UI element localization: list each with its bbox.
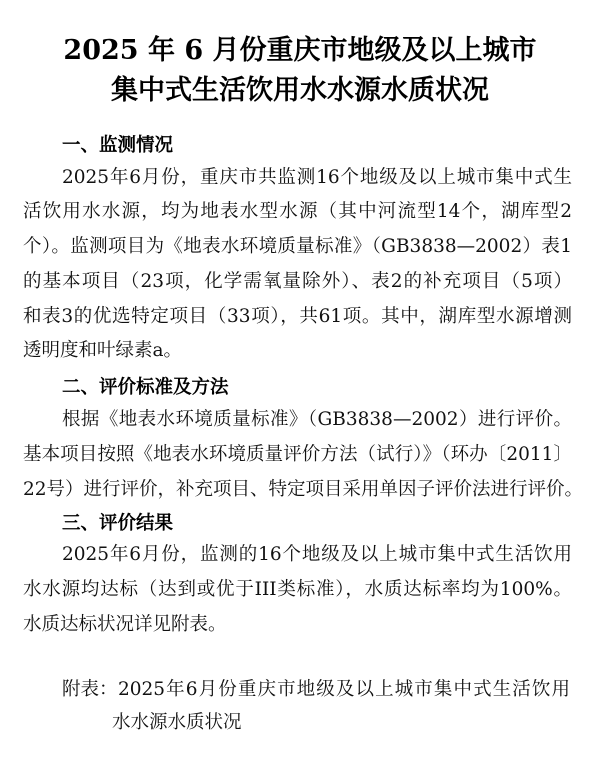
paragraph-line: 水水源均达标（达到或优于III类标准），水质达标率均为100%。 <box>23 577 572 603</box>
paragraph-line: 透明度和叶绿素a。 <box>23 338 182 364</box>
paragraph-line: 根据《地表水环境质量标准》（GB3838—2002）进行评价。 <box>62 407 572 433</box>
appendix-label: 附表： <box>62 677 118 703</box>
paragraph-line: 和表3的优选特定项目（33项），共61项。其中，湖库型水源增测 <box>23 304 572 330</box>
paragraph-line: 活饮用水水源，均为地表水型水源（其中河流型14个，湖库型2 <box>23 199 572 225</box>
paragraph-line: 2025年6月份，重庆市共监测16个地级及以上城市集中式生 <box>62 165 572 191</box>
document-title-line-2: 集中式生活饮用水水源水质状况 <box>0 68 600 107</box>
paragraph-line: 个）。监测项目为《地表水环境质量标准》（GB3838—2002）表1 <box>23 234 572 260</box>
section-heading-results: 三、评价结果 <box>62 509 173 535</box>
section-heading-monitoring: 一、监测情况 <box>62 131 173 157</box>
appendix-title-line-1: 2025年6月份重庆市地级及以上城市集中式生活饮用 <box>118 677 570 703</box>
paragraph-line: 基本项目按照《地表水环境质量评价方法（试行）》（环办〔2011〕 <box>23 442 572 468</box>
paragraph-line: 水质达标状况详见附表。 <box>23 612 227 638</box>
paragraph-line: 的基本项目（23项，化学需氧量除外）、表2的补充项目（5项） <box>23 269 572 295</box>
section-heading-standards: 二、评价标准及方法 <box>62 373 229 399</box>
document-title-line-1: 2025 年 6 月份重庆市地级及以上城市 <box>0 28 600 67</box>
paragraph-line: 2025年6月份，监测的16个地级及以上城市集中式生活饮用 <box>62 542 572 568</box>
appendix-title-line-2: 水水源水质状况 <box>112 710 242 736</box>
paragraph-line: 22号）进行评价，补充项目、特定项目采用单因子评价法进行评价。 <box>23 477 572 503</box>
